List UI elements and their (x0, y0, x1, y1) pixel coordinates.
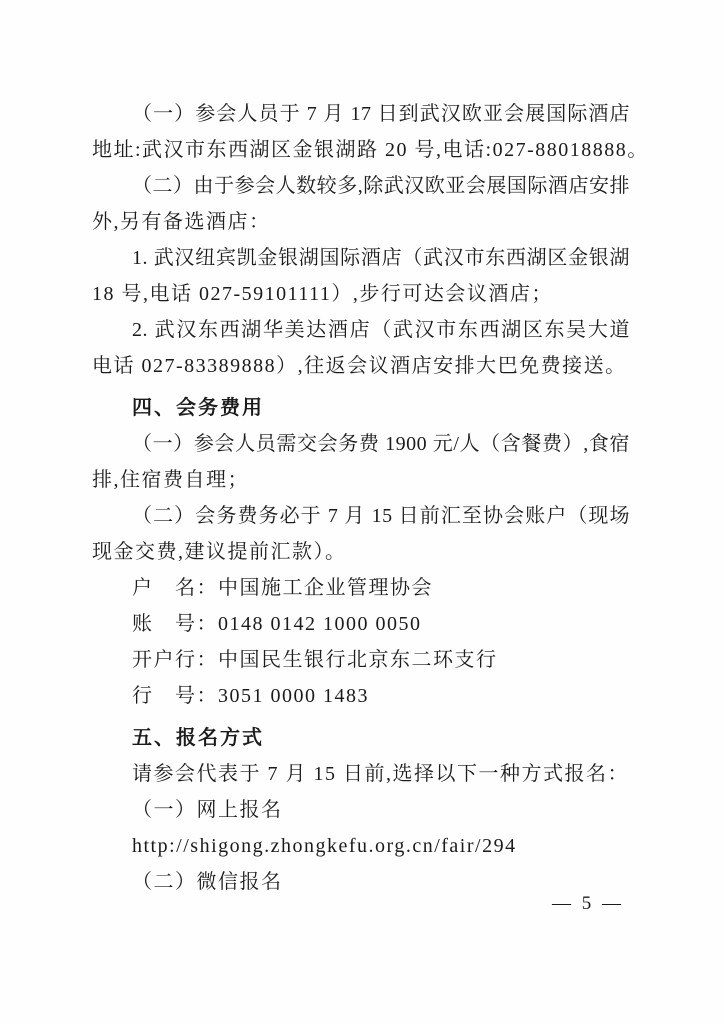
text-line: （二）会务费务必于 7 月 15 日前汇至协会账户（现场仅支持 (92, 498, 630, 534)
text-line: 18 号,电话 027-59101111）,步行可达会议酒店； (92, 276, 630, 312)
url-line: http://shigong.zhongkefu.org.cn/fair/294 (92, 828, 630, 864)
document-page: （一）参会人员于 7 月 17 日到武汉欧亚会展国际酒店报到，地址:武汉市东西湖… (0, 0, 724, 1024)
text-line: （一）参会人员需交会务费 1900 元/人（含餐费）,食宿统一安 (92, 426, 630, 462)
text-line: 电话 027-83389888）,往返会议酒店安排大巴免费接送。 (92, 348, 630, 384)
text-line: （一）网上报名 (92, 792, 630, 828)
text-line: 开户行：中国民生银行北京东二环支行 (92, 642, 630, 678)
section-heading: 四、会务费用 (92, 390, 630, 426)
page-number: — 5 — (552, 893, 624, 915)
text-line: （二）由于参会人数较多,除武汉欧亚会展国际酒店安排住宿 (92, 168, 630, 204)
text-line: （二）微信报名 (92, 864, 630, 900)
text-line: 排,住宿费自理； (92, 462, 630, 498)
text-line: 地址:武汉市东西湖区金银湖路 20 号,电话:027-88018888。 (92, 132, 630, 168)
text-line: 请参会代表于 7 月 15 日前,选择以下一种方式报名： (92, 756, 630, 792)
text-line: 行 号：3051 0000 1483 (92, 678, 630, 714)
text-line: 1. 武汉纽宾凯金银湖国际酒店（武汉市东西湖区金银湖路 (92, 240, 630, 276)
text-line: 外,另有备选酒店： (92, 204, 630, 240)
text-line: （一）参会人员于 7 月 17 日到武汉欧亚会展国际酒店报到， (92, 96, 630, 132)
document-body: （一）参会人员于 7 月 17 日到武汉欧亚会展国际酒店报到，地址:武汉市东西湖… (92, 96, 630, 900)
section-heading: 五、报名方式 (92, 720, 630, 756)
text-line: 2. 武汉东西湖华美达酒店（武汉市东西湖区东吴大道 88 号， (92, 312, 630, 348)
text-line: 现金交费,建议提前汇款）。 (92, 534, 630, 570)
text-line: 账 号：0148 0142 1000 0050 (92, 606, 630, 642)
text-line: 户 名：中国施工企业管理协会 (92, 570, 630, 606)
